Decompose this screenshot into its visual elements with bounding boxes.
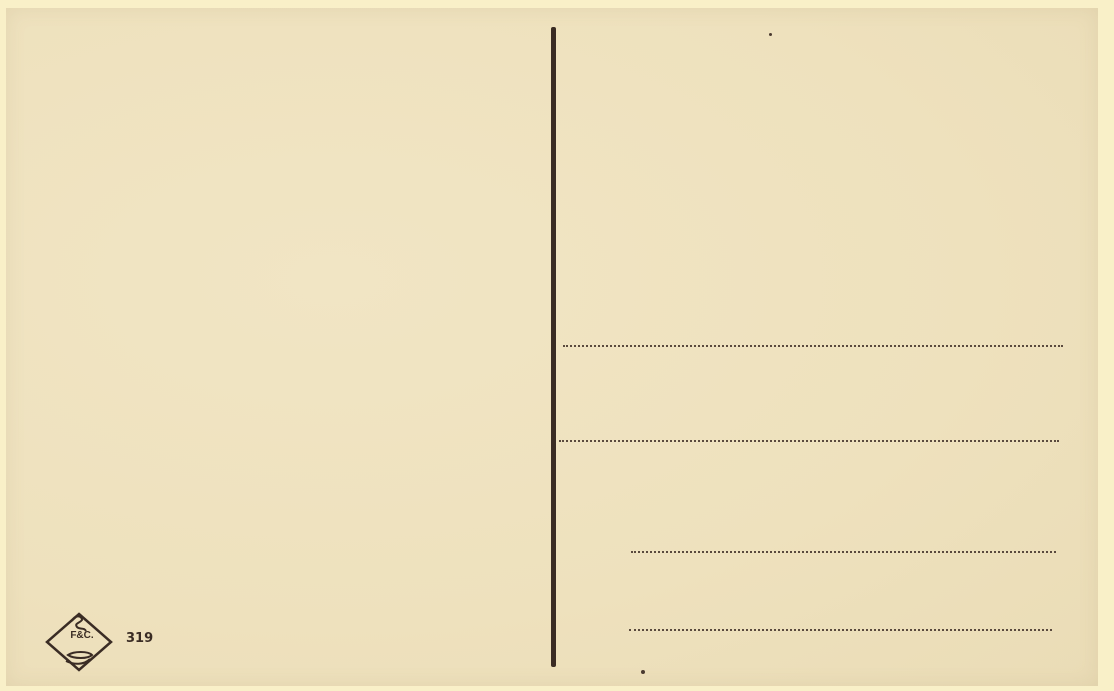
message-address-divider (551, 27, 556, 667)
address-line-3 (631, 551, 1056, 553)
card-number: 319 (126, 631, 153, 646)
address-line-1 (563, 345, 1063, 347)
address-line-4 (629, 629, 1052, 631)
publisher-logo-icon (44, 611, 114, 673)
address-line-2 (559, 440, 1059, 442)
paper-speck (641, 670, 645, 674)
publisher-mark: F&C. (62, 630, 102, 641)
paper-speck (769, 33, 772, 36)
